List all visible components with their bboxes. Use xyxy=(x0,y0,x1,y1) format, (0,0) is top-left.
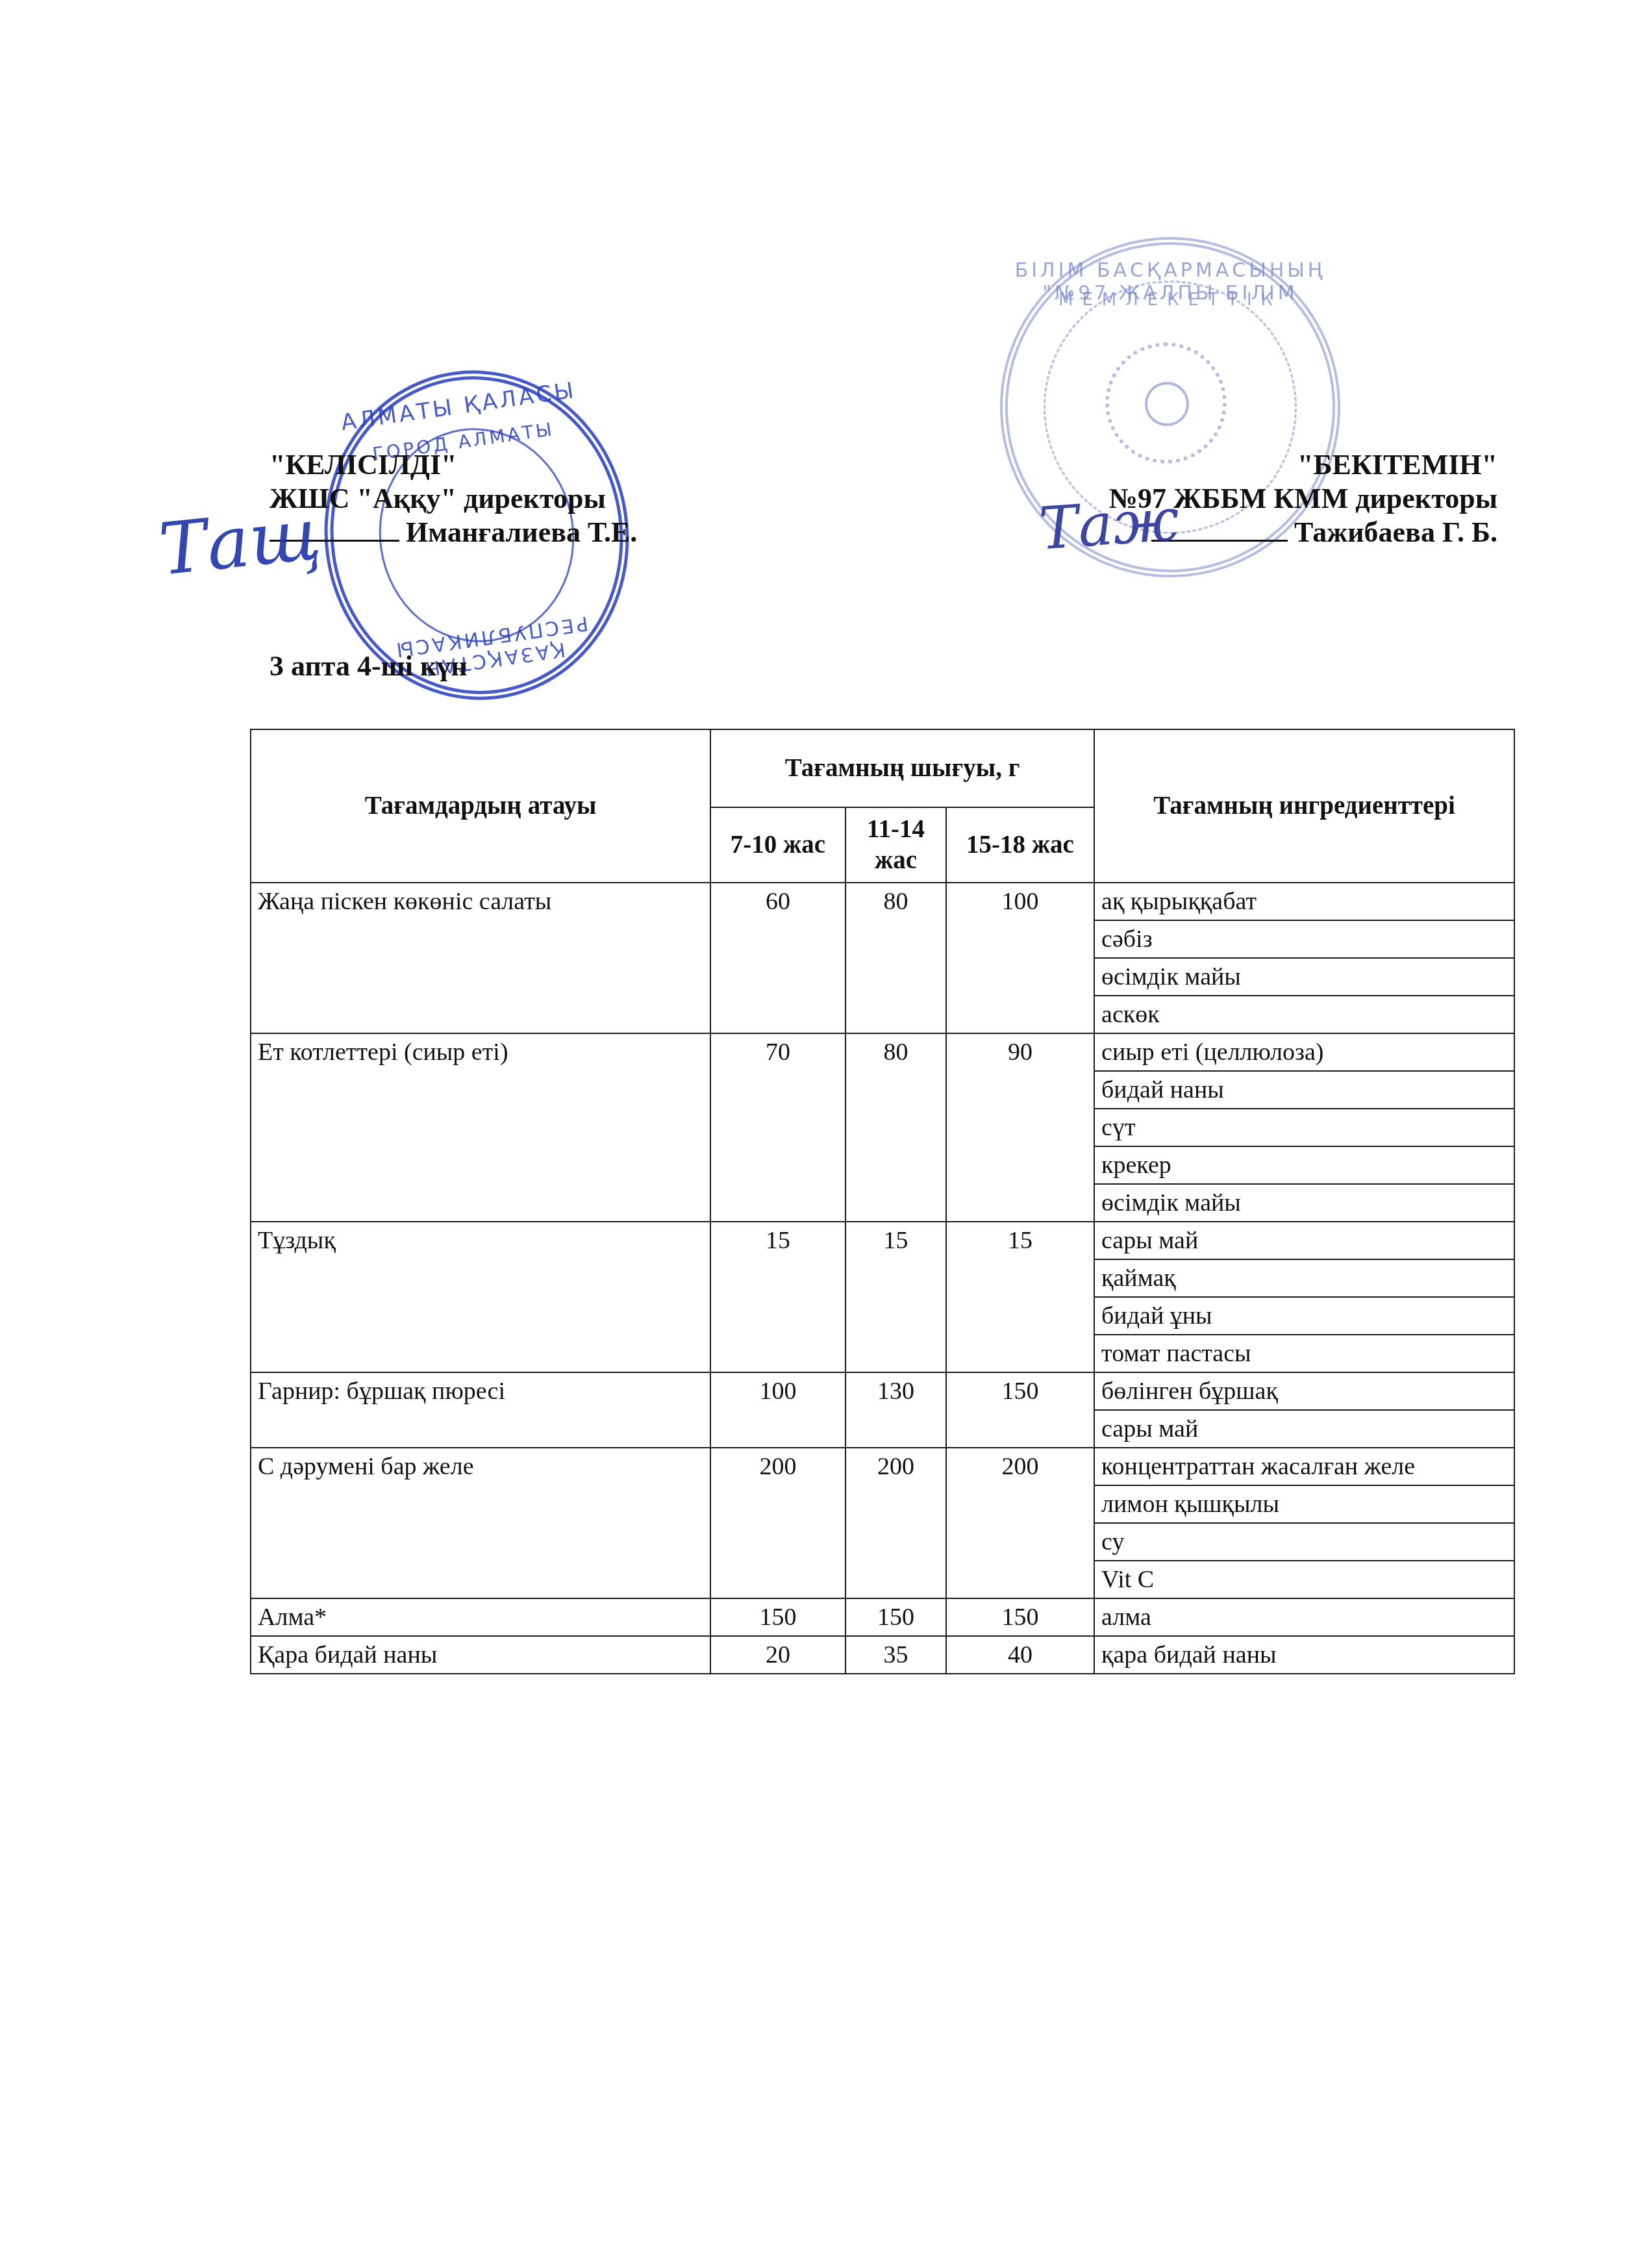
portion-cell: 150 xyxy=(710,1598,845,1636)
portion-cell: 35 xyxy=(845,1636,946,1674)
portion-cell: 15 xyxy=(845,1222,946,1372)
header-output-group: Тағамның шығуы, г xyxy=(710,729,1094,807)
ingredient-cell: томат пастасы xyxy=(1094,1335,1514,1372)
table-row: Алма*150150150алма xyxy=(251,1598,1514,1636)
table-row: Ет котлеттері (сиыр еті)708090сиыр еті (… xyxy=(251,1033,1514,1071)
header-age-15-18: 15-18 жас xyxy=(946,807,1094,883)
menu-table-body: Жаңа піскен көкөніс салаты6080100ақ қыры… xyxy=(251,883,1514,1674)
header-ingredients: Тағамның ингредиенттері xyxy=(1094,729,1514,883)
ingredient-cell: қара бидай наны xyxy=(1094,1636,1514,1674)
dish-name-cell: Гарнир: бұршақ пюресі xyxy=(251,1372,710,1448)
header-dish-name: Тағамдардың атауы xyxy=(251,729,710,883)
table-row: Қара бидай наны203540қара бидай наны xyxy=(251,1636,1514,1674)
ingredient-cell: өсімдік майы xyxy=(1094,958,1514,996)
ingredient-cell: алма xyxy=(1094,1598,1514,1636)
ingredient-cell: қаймақ xyxy=(1094,1259,1514,1297)
table-row: Гарнир: бұршақ пюресі100130150бөлінген б… xyxy=(251,1372,1514,1410)
portion-cell: 80 xyxy=(845,1033,946,1222)
portion-cell: 20 xyxy=(710,1636,845,1674)
portion-cell: 40 xyxy=(946,1636,1094,1674)
dish-name-cell: Тұздық xyxy=(251,1222,710,1372)
seal-ring-text-2: МЕМЛЕКЕТТІК xyxy=(1008,290,1333,310)
ingredient-cell: бидай наны xyxy=(1094,1071,1514,1109)
approval-approved-name: Тажибаева Г. Б. xyxy=(1294,516,1497,548)
dish-name-cell: С дәрумені бар желе xyxy=(251,1448,710,1598)
ingredient-cell: аскөк xyxy=(1094,996,1514,1033)
menu-table: Тағамдардың атауы Тағамның шығуы, г Таға… xyxy=(250,729,1515,1674)
dish-name-cell: Ет котлеттері (сиыр еті) xyxy=(251,1033,710,1222)
ingredient-cell: сүт xyxy=(1094,1109,1514,1146)
header-age-7-10: 7-10 жас xyxy=(710,807,845,883)
portion-cell: 150 xyxy=(845,1598,946,1636)
signature-left-icon: Тащ xyxy=(155,492,325,591)
header-age-11-14: 11-14 жас xyxy=(845,807,946,883)
approval-approved-title: "БЕКІТЕМІН" xyxy=(1109,448,1497,482)
portion-cell: 200 xyxy=(845,1448,946,1598)
ingredient-cell: өсімдік майы xyxy=(1094,1184,1514,1222)
table-row: Жаңа піскен көкөніс салаты6080100ақ қыры… xyxy=(251,883,1514,920)
signature-right-icon: Таж xyxy=(1037,486,1182,564)
portion-cell: 100 xyxy=(710,1372,845,1448)
approval-agreed-signline: Иманғалиева Т.Е. xyxy=(269,516,637,549)
approval-agreed-position: ЖШС "Аққу" директоры xyxy=(269,482,637,516)
ingredient-cell: су xyxy=(1094,1523,1514,1561)
ingredient-cell: лимон қышқылы xyxy=(1094,1485,1514,1523)
dish-name-cell: Жаңа піскен көкөніс салаты xyxy=(251,883,710,1033)
portion-cell: 200 xyxy=(710,1448,845,1598)
portion-cell: 80 xyxy=(845,883,946,1033)
table-row: Тұздық151515сары май xyxy=(251,1222,1514,1259)
dish-name-cell: Алма* xyxy=(251,1598,710,1636)
portion-cell: 130 xyxy=(845,1372,946,1448)
ingredient-cell: бөлінген бұршақ xyxy=(1094,1372,1514,1410)
ingredient-cell: бидай ұны xyxy=(1094,1297,1514,1335)
portion-cell: 70 xyxy=(710,1033,845,1222)
ingredient-cell: Vit C xyxy=(1094,1561,1514,1598)
ingredient-cell: крекер xyxy=(1094,1146,1514,1184)
portion-cell: 60 xyxy=(710,883,845,1033)
ingredient-cell: концентраттан жасалған желе xyxy=(1094,1448,1514,1485)
ingredient-cell: сары май xyxy=(1094,1410,1514,1448)
portion-cell: 90 xyxy=(946,1033,1094,1222)
ingredient-cell: ақ қырыққабат xyxy=(1094,883,1514,920)
ingredient-cell: сиыр еті (целлюлоза) xyxy=(1094,1033,1514,1071)
ingredient-cell: сары май xyxy=(1094,1222,1514,1259)
portion-cell: 15 xyxy=(710,1222,845,1372)
portion-cell: 100 xyxy=(946,883,1094,1033)
table-row: С дәрумені бар желе200200200концентратта… xyxy=(251,1448,1514,1485)
portion-cell: 150 xyxy=(946,1372,1094,1448)
approval-agreed-name: Иманғалиева Т.Е. xyxy=(406,516,637,548)
approval-agreed-block: "КЕЛІСІЛДІ" ЖШС "Аққу" директоры Иманғал… xyxy=(269,448,637,549)
portion-cell: 200 xyxy=(946,1448,1094,1598)
state-emblem-icon xyxy=(1105,342,1227,464)
portion-cell: 150 xyxy=(946,1598,1094,1636)
approval-agreed-title: "КЕЛІСІЛДІ" xyxy=(269,448,637,482)
day-label: 3 апта 4-ші күн xyxy=(269,649,468,683)
dish-name-cell: Қара бидай наны xyxy=(251,1636,710,1674)
portion-cell: 15 xyxy=(946,1222,1094,1372)
ingredient-cell: сәбіз xyxy=(1094,920,1514,958)
